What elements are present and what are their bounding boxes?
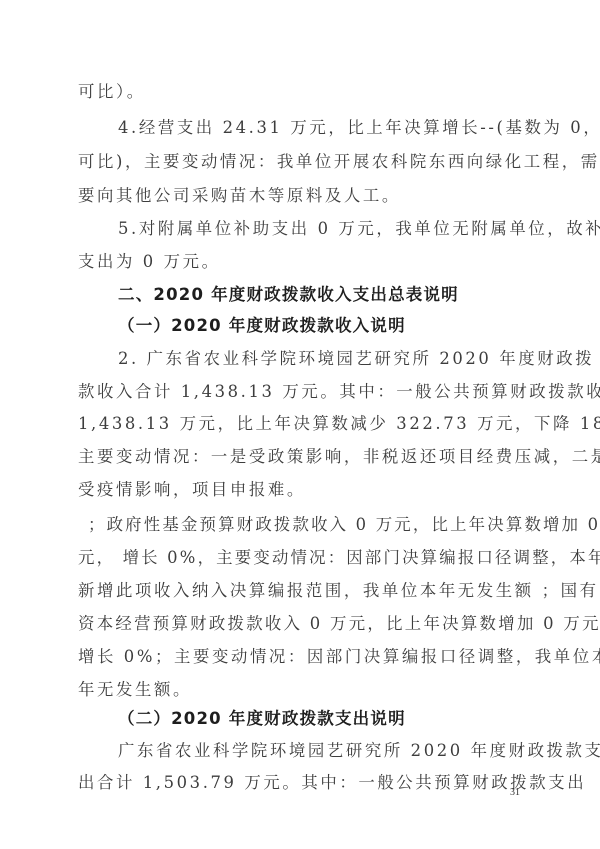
subsection-heading-income: （一）2020 年度财政拨款收入说明 <box>118 316 524 336</box>
document-page: 可比）。 4.经营支出 24.31 万元，比上年决算增长--(基数为 0，不 可… <box>0 0 600 849</box>
text-line-3: 要向其他公司采购苗木等原料及人工。 <box>78 186 524 206</box>
text-line-8: 2. 广东省农业科学院环境园艺研究所 2020 年度财政拨 <box>118 349 524 369</box>
text-line-11: 主要变动情况：一是受政策影响，非税返还项目经费压减，二是 <box>78 447 524 467</box>
text-line-4: 5.对附属单位补助支出 0 万元，我单位无附属单位，故补助 <box>118 219 524 239</box>
text-line-10: 1,438.13 万元，比上年决算数减少 322.73 万元，下降 18.3%， <box>78 414 524 434</box>
text-line-2: 可比)，主要变动情况：我单位开展农科院东西向绿化工程，需 <box>78 152 524 172</box>
text-line-5: 支出为 0 万元。 <box>78 252 524 272</box>
text-line-21: 出合计 1,503.79 万元。其中：一般公共预算财政拨款支出 <box>78 773 524 793</box>
text-line-18: 年无发生额。 <box>78 680 524 700</box>
text-line-13: ；政府性基金预算财政拨款收入 0 万元，比上年决算数增加 0 万 <box>88 515 534 535</box>
page-number: 31 <box>510 787 520 798</box>
text-line-17: 增长 0%；主要变动情况：因部门决算编报口径调整，我单位本 <box>78 647 524 667</box>
text-line-20: 广东省农业科学院环境园艺研究所 2020 年度财政拨款支 <box>118 741 524 761</box>
text-line-16: 资本经营预算财政拨款收入 0 万元，比上年决算数增加 0 万元， <box>78 614 524 634</box>
section-heading-2: 二、2020 年度财政拨款收入支出总表说明 <box>118 285 524 305</box>
text-line-9: 款收入合计 1,438.13 万元。其中：一般公共预算财政拨款收入 <box>78 382 524 402</box>
text-line-15: 新增此项收入纳入决算编报范围，我单位本年无发生额 ；国有 <box>78 581 524 601</box>
text-line-1: 4.经营支出 24.31 万元，比上年决算增长--(基数为 0，不 <box>118 118 524 138</box>
text-line-14: 元， 增长 0%，主要变动情况：因部门决算编报口径调整，本年 <box>78 548 524 568</box>
text-line-0: 可比）。 <box>78 82 524 102</box>
text-line-12: 受疫情影响，项目申报难。 <box>78 480 524 500</box>
subsection-heading-expenditure: （二）2020 年度财政拨款支出说明 <box>118 709 524 729</box>
